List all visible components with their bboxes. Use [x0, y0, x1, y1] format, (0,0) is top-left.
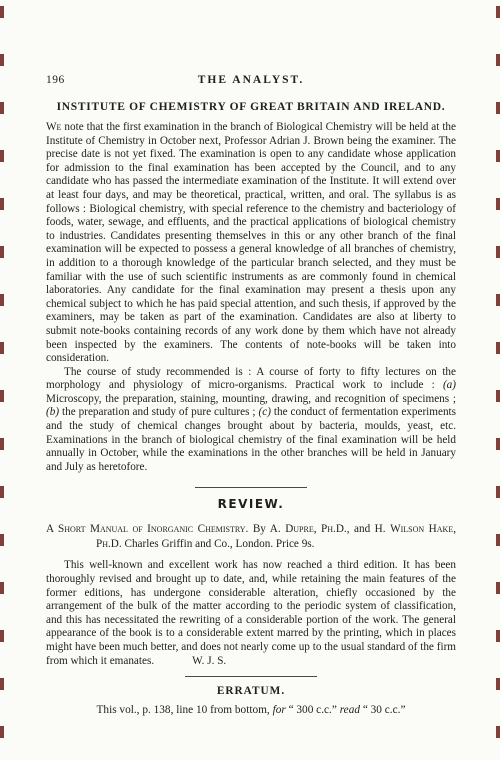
scan-edge-marks-left — [0, 0, 4, 760]
review-paragraph: This well-known and excellent work has n… — [46, 559, 456, 668]
section-divider — [195, 487, 307, 488]
page-content: 196 THE ANALYST. INSTITUTE OF CHEMISTRY … — [46, 74, 456, 716]
institute-paragraph-2: The course of study recommended is : A c… — [46, 366, 456, 475]
journal-title: THE ANALYST. — [46, 74, 456, 86]
review-section-heading: REVIEW. — [46, 497, 456, 511]
erratum-text: This vol., p. 138, line 10 from bottom, … — [46, 704, 456, 716]
scanned-journal-page: 196 THE ANALYST. INSTITUTE OF CHEMISTRY … — [0, 0, 500, 760]
running-header: 196 THE ANALYST. — [46, 74, 456, 88]
review-paragraph-text: This well-known and excellent work has n… — [46, 559, 456, 666]
review-book-byline: A Short Manual of Inorganic Chemistry. B… — [46, 522, 456, 552]
reviewer-initials: W. J. S. — [192, 655, 226, 667]
erratum-heading: ERRATUM. — [46, 685, 456, 697]
page-number: 196 — [46, 74, 65, 86]
section-divider-2 — [185, 676, 317, 677]
institute-article-heading: INSTITUTE OF CHEMISTRY OF GREAT BRITAIN … — [46, 101, 456, 113]
scan-edge-marks-right — [496, 0, 500, 760]
institute-paragraph-1: We note that the first examination in th… — [46, 121, 456, 366]
